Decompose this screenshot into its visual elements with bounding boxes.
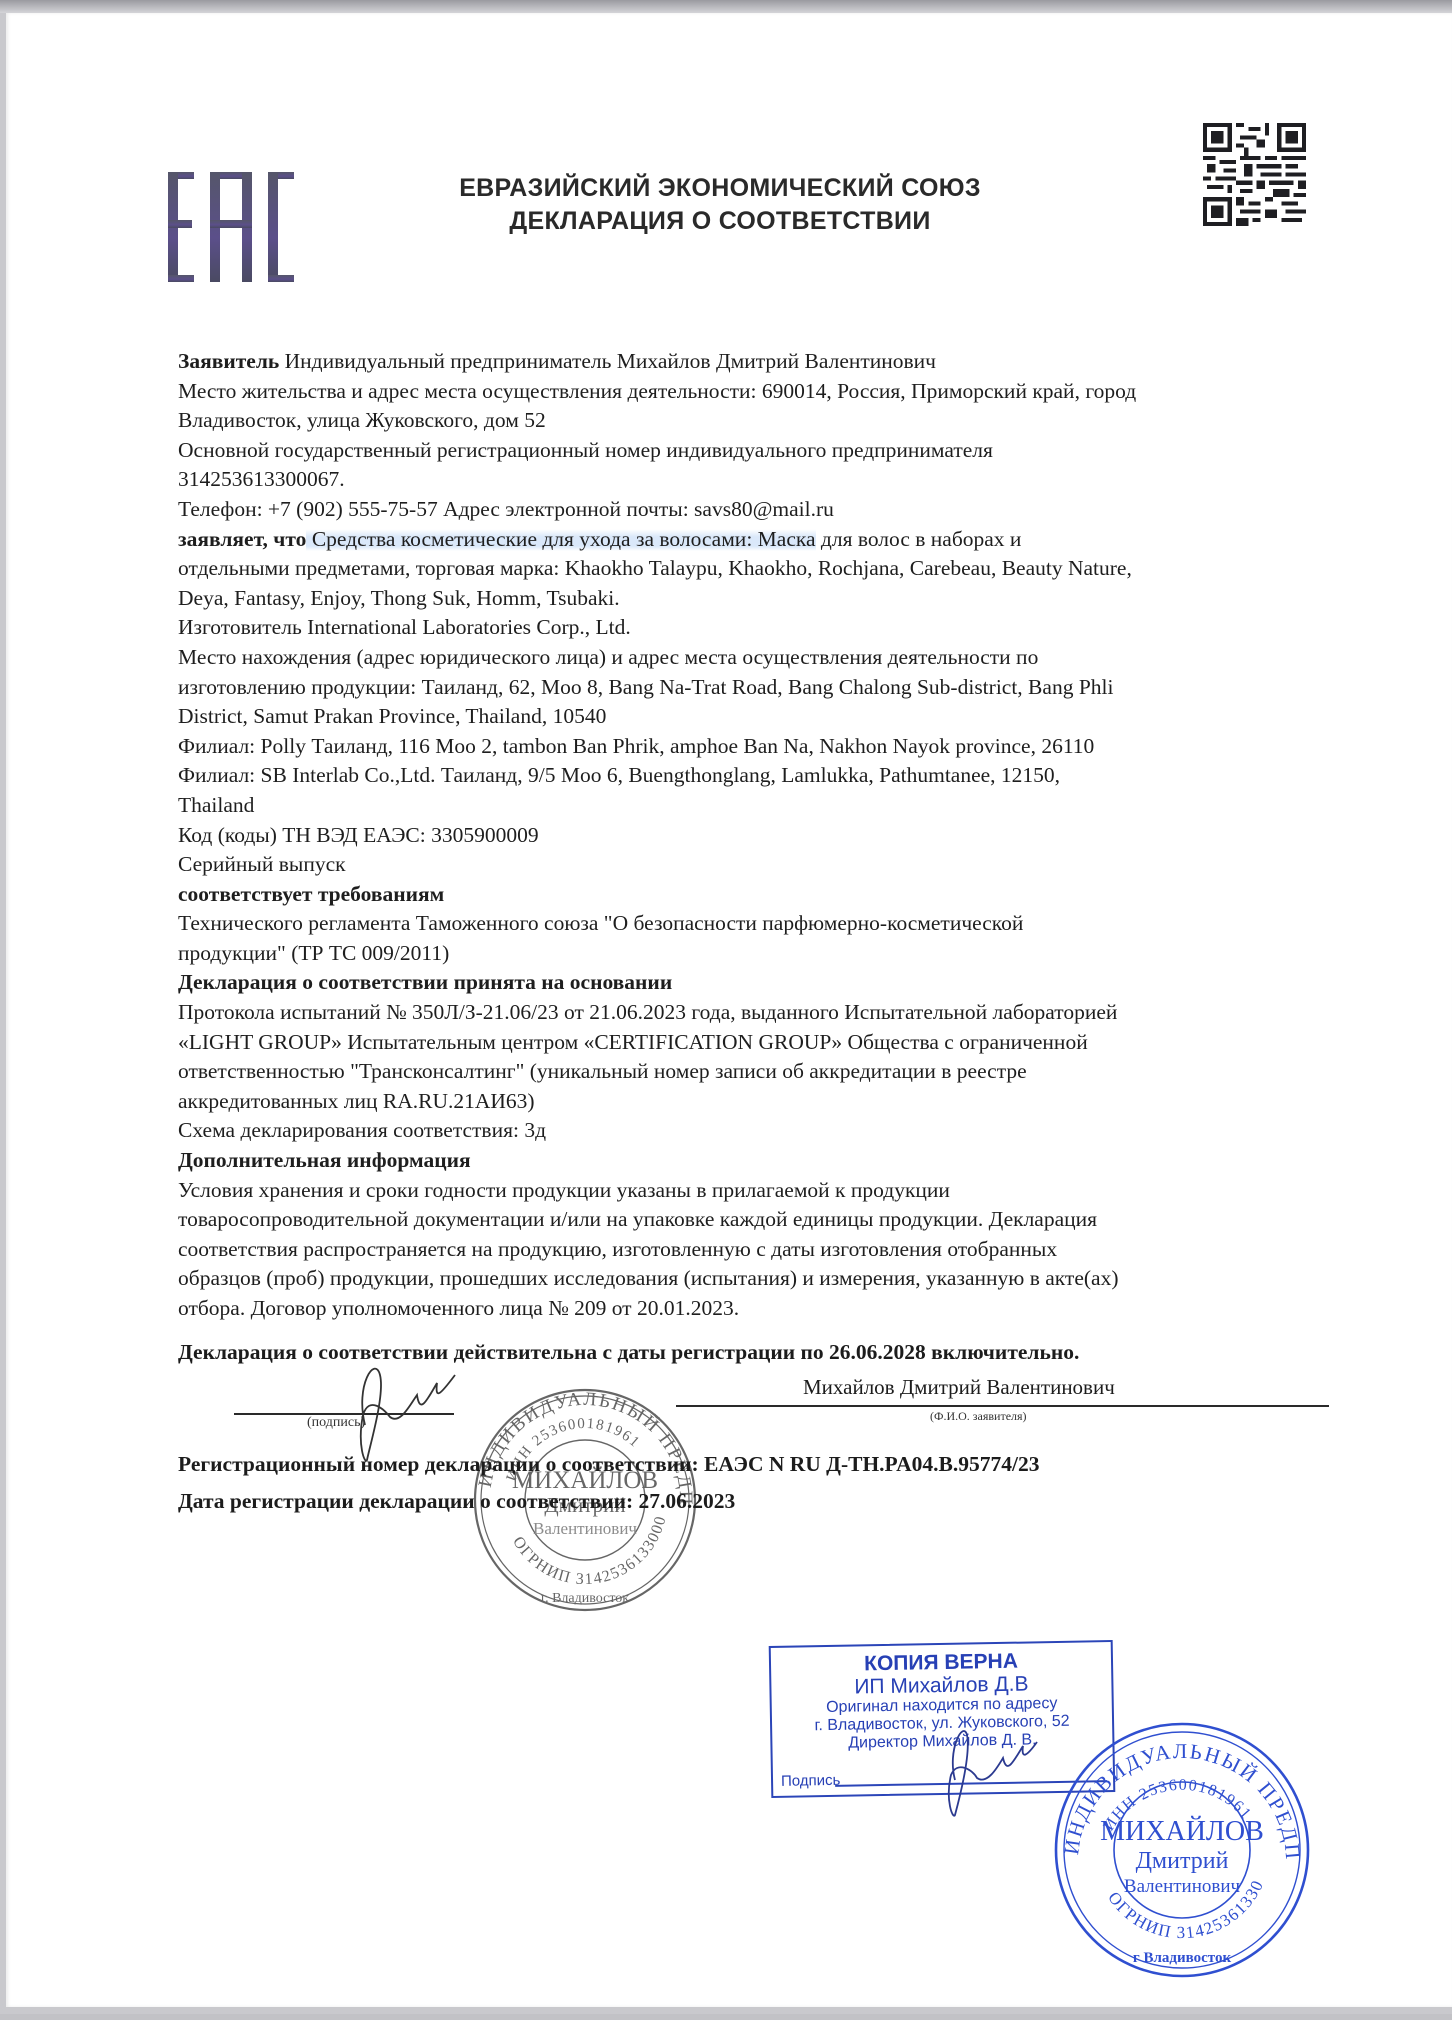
- svg-text:г. Владивосток: г. Владивосток: [541, 1591, 629, 1606]
- document-header: ЕВРАЗИЙСКИЙ ЭКОНОМИЧЕСКИЙ СОЮЗ ДЕКЛАРАЦИ…: [380, 172, 1060, 238]
- name-label: (Ф.И.О. заявителя): [930, 1409, 1027, 1424]
- header-union-title: ЕВРАЗИЙСКИЙ ЭКОНОМИЧЕСКИЙ СОЮЗ: [380, 172, 1060, 205]
- manufacturer-line4: District, Samut Prakan Province, Thailan…: [178, 702, 1338, 732]
- additional-line5: отбора. Договор уполномоченного лица № 2…: [178, 1294, 1338, 1324]
- svg-text:Валентинович: Валентинович: [533, 1519, 637, 1538]
- requirements-line2: продукции" (ТР ТС 009/2011): [178, 939, 1338, 969]
- declares-label: заявляет, что: [178, 527, 306, 551]
- applicant-contacts: Телефон: +7 (902) 555-75-57 Адрес электр…: [178, 495, 1338, 525]
- copy-stamp-signature-label: Подпись: [781, 1772, 841, 1790]
- applicant-address-line1: Место жительства и адрес места осуществл…: [178, 377, 1338, 407]
- seal-stamp-blue-icon: ИНДИВИДУАЛЬНЫЙ ПРЕДПРИНИМАТЕЛЬ ИНН 25360…: [1042, 1712, 1322, 1982]
- applicant-ogrn-line2: 314253613300067.: [178, 465, 1338, 495]
- manufacturer-line2: Место нахождения (адрес юридического лиц…: [178, 643, 1338, 673]
- eac-logo-icon: [168, 172, 294, 282]
- product-line3: Deya, Fantasy, Enjoy, Thong Suk, Homm, T…: [178, 584, 1338, 614]
- branch2-line2: Thailand: [178, 791, 1338, 821]
- applicant-line: Заявитель Индивидуальный предприниматель…: [178, 347, 1338, 377]
- svg-text:Валентинович: Валентинович: [1124, 1876, 1241, 1897]
- product-line1-rest: для волос в наборах и: [816, 527, 1022, 551]
- basis-line4: аккредитованных лиц RA.RU.21АИ63): [178, 1087, 1338, 1117]
- additional-heading: Дополнительная информация: [178, 1146, 1338, 1176]
- scheme-line: Схема декларирования соответствия: 3д: [178, 1116, 1338, 1146]
- additional-line2: товаросопроводительной документации и/ил…: [178, 1205, 1338, 1235]
- product-line1: заявляет, что Средства косметические для…: [178, 525, 1338, 555]
- svg-text:г Владивосток: г Владивосток: [1133, 1950, 1232, 1966]
- manufacturer-line3: изготовлению продукции: Таиланд, 62, Moo…: [178, 673, 1338, 703]
- branch1-line: Филиал: Polly Таиланд, 116 Moo 2, tambon…: [178, 732, 1338, 762]
- basis-line2: «LIGHT GROUP» Испытательным центром «CER…: [178, 1028, 1338, 1058]
- seal-stamp-black-icon: ИНДИВИДУАЛЬНЫЙ ПРЕДПРИНИМАТЕЛЬ ИНН 25360…: [435, 1350, 735, 1620]
- header-declaration-title: ДЕКЛАРАЦИЯ О СООТВЕТСТВИИ: [380, 205, 1060, 238]
- registration-date: Дата регистрации декларации о соответств…: [178, 1489, 735, 1514]
- applicant-full-name: Михайлов Дмитрий Валентинович: [803, 1375, 1115, 1400]
- qr-code-icon: [1203, 123, 1306, 226]
- branch2-line1: Филиал: SB Interlab Co.,Ltd. Таиланд, 9/…: [178, 761, 1338, 791]
- tnved-code: Код (коды) ТН ВЭД ЕАЭС: 3305900009: [178, 821, 1338, 851]
- basis-line3: ответственностью "Трансконсалтинг" (уник…: [178, 1057, 1338, 1087]
- applicant-label: Заявитель: [178, 349, 279, 373]
- window-bottom-edge: [0, 2014, 1452, 2020]
- window-top-edge: [0, 0, 1452, 13]
- registration-number: Регистрационный номер декларации о соотв…: [178, 1452, 1039, 1477]
- applicant-name: Индивидуальный предприниматель Михайлов …: [279, 349, 936, 373]
- name-rule: [676, 1405, 1329, 1407]
- basis-line1: Протокола испытаний № 350Л/З-21.06/23 от…: [178, 998, 1338, 1028]
- applicant-ogrn-line1: Основной государственный регистрационный…: [178, 436, 1338, 466]
- additional-line4: образцов (проб) продукции, прошедших исс…: [178, 1264, 1338, 1294]
- requirements-line1: Технического регламента Таможенного союз…: [178, 909, 1338, 939]
- release-type: Серийный выпуск: [178, 850, 1338, 880]
- highlighted-text[interactable]: Средства косметические для ухода за воло…: [306, 527, 815, 551]
- svg-text:Дмитрий: Дмитрий: [1136, 1848, 1229, 1874]
- product-line2: отдельными предметами, торговая марка: K…: [178, 554, 1338, 584]
- manufacturer-line1: Изготовитель International Laboratories …: [178, 613, 1338, 643]
- signature-label: (подпись): [307, 1415, 365, 1431]
- requirements-heading: соответствует требованиям: [178, 880, 1338, 910]
- svg-text:МИХАЙЛОВ: МИХАЙЛОВ: [1100, 1816, 1264, 1847]
- additional-line3: соответствия распространяется на продукц…: [178, 1235, 1338, 1265]
- basis-heading: Декларация о соответствии принята на осн…: [178, 968, 1338, 998]
- additional-line1: Условия хранения и сроки годности продук…: [178, 1176, 1338, 1206]
- applicant-address-line2: Владивосток, улица Жуковского, дом 52: [178, 406, 1338, 436]
- declaration-body: Заявитель Индивидуальный предприниматель…: [178, 347, 1338, 1324]
